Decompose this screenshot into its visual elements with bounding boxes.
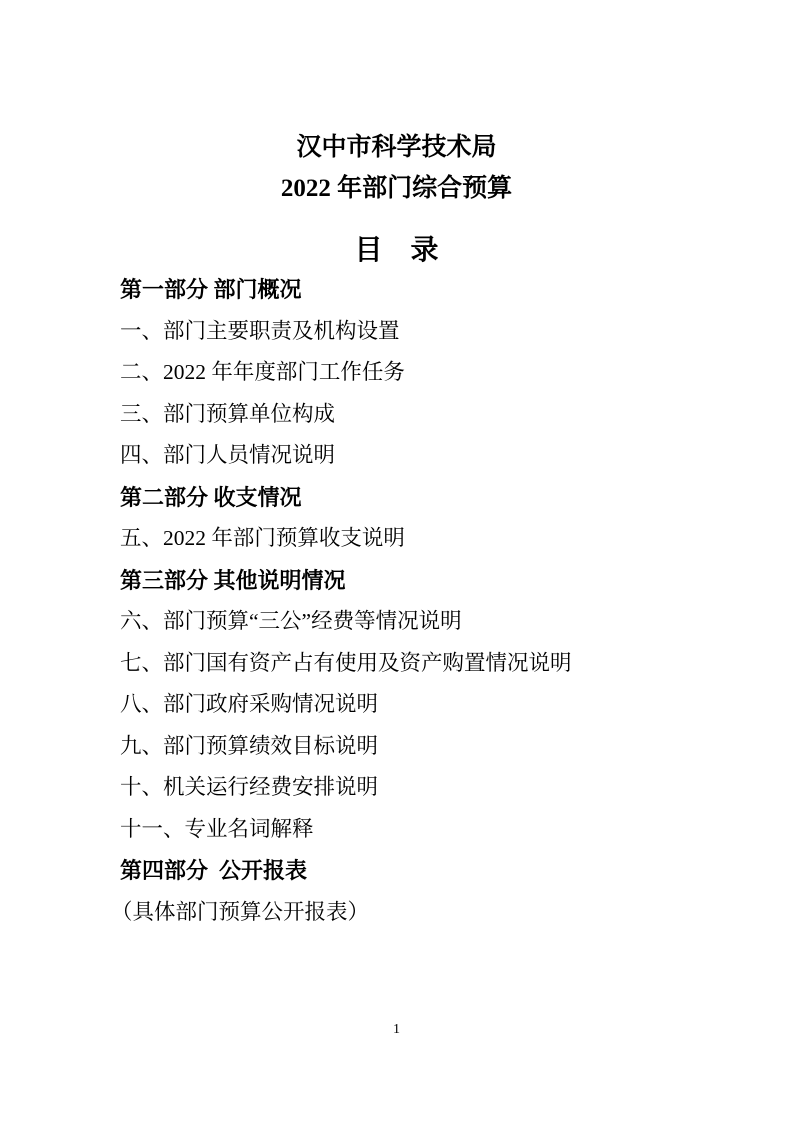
toc-entry-1: 一、部门主要职责及机构设置 bbox=[120, 311, 753, 353]
toc-entry-10: 十、机关运行经费安排说明 bbox=[120, 767, 753, 809]
toc-section-header-part3: 第三部分 其他说明情况 bbox=[120, 560, 753, 602]
toc-list: 第一部分 部门概况 一、部门主要职责及机构设置 二、2022 年年度部门工作任务… bbox=[120, 269, 753, 933]
toc-entry-6: 六、部门预算“三公”经费等情况说明 bbox=[120, 601, 753, 643]
document-title-line1: 汉中市科学技术局 bbox=[0, 127, 793, 168]
page-number: 1 bbox=[0, 1022, 793, 1038]
document-title-block: 汉中市科学技术局 2022 年部门综合预算 bbox=[0, 127, 793, 209]
toc-entry-7: 七、部门国有资产占有使用及资产购置情况说明 bbox=[120, 643, 753, 685]
document-title-line2: 2022 年部门综合预算 bbox=[0, 168, 793, 209]
toc-section-header-part4: 第四部分 公开报表 bbox=[120, 850, 753, 892]
toc-section-header-part2: 第二部分 收支情况 bbox=[120, 477, 753, 519]
toc-entry-2: 二、2022 年年度部门工作任务 bbox=[120, 352, 753, 394]
toc-heading: 目 录 bbox=[0, 229, 793, 272]
toc-entry-9: 九、部门预算绩效目标说明 bbox=[120, 726, 753, 768]
toc-entry-11: 十一、专业名词解释 bbox=[120, 809, 753, 851]
document-page: 汉中市科学技术局 2022 年部门综合预算 目 录 第一部分 部门概况 一、部门… bbox=[0, 0, 793, 1122]
toc-entry-8: 八、部门政府采购情况说明 bbox=[120, 684, 753, 726]
toc-section-header-part1: 第一部分 部门概况 bbox=[120, 269, 753, 311]
toc-entry-3: 三、部门预算单位构成 bbox=[120, 394, 753, 436]
toc-entry-5: 五、2022 年部门预算收支说明 bbox=[120, 518, 753, 560]
toc-entry-4: 四、部门人员情况说明 bbox=[120, 435, 753, 477]
toc-note: （具体部门预算公开报表） bbox=[111, 892, 753, 934]
